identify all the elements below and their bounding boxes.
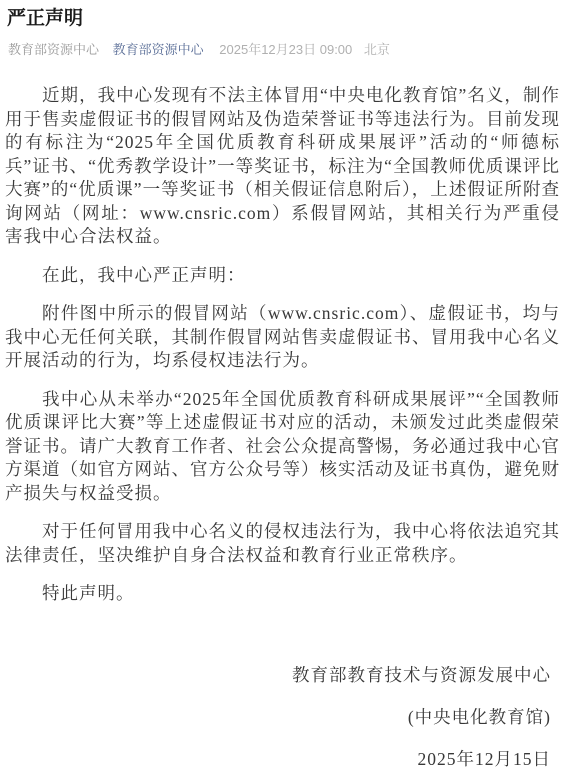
signature-date: 2025年12月15日 <box>5 748 551 772</box>
paragraph-legal-action: 对于任何冒用我中心名义的侵权违法行为，我中心将依法追究其法律责任，坚决维护自身合… <box>5 520 560 567</box>
paragraph-declaration-lead: 在此，我中心严正声明： <box>5 264 560 288</box>
signature-block: 教育部教育技术与资源发展中心 (中央电化教育馆) 2025年12月15日 <box>5 664 560 772</box>
byline: 教育部资源中心 教育部资源中心 2025年12月23日 09:00 北京 <box>8 41 560 58</box>
paragraph-warning: 我中心从未举办“2025年全国优质教育科研成果展评”“全国教师优质课评比大赛”等… <box>5 388 560 506</box>
article-body: 近期，我中心发现有不法主体冒用“中央电化教育馆”名义，制作用于售卖虚假证书的假冒… <box>5 84 560 606</box>
page-title: 严正声明 <box>7 6 560 31</box>
publish-location: 北京 <box>364 42 390 57</box>
publish-datetime: 2025年12月23日 09:00 <box>219 42 352 57</box>
account-name-link[interactable]: 教育部资源中心 <box>113 42 204 57</box>
article-page: 严正声明 教育部资源中心 教育部资源中心 2025年12月23日 09:00 北… <box>0 0 571 783</box>
author-name: 教育部资源中心 <box>8 42 99 57</box>
paragraph-intro: 近期，我中心发现有不法主体冒用“中央电化教育馆”名义，制作用于售卖虚假证书的假冒… <box>5 84 560 249</box>
paragraph-closing: 特此声明。 <box>5 582 560 606</box>
signature-org-alias: (中央电化教育馆) <box>5 706 551 730</box>
paragraph-disassociation: 附件图中所示的假冒网站（www.cnsric.com）、虚假证书，均与我中心无任… <box>5 302 560 373</box>
signature-org: 教育部教育技术与资源发展中心 <box>5 664 551 688</box>
